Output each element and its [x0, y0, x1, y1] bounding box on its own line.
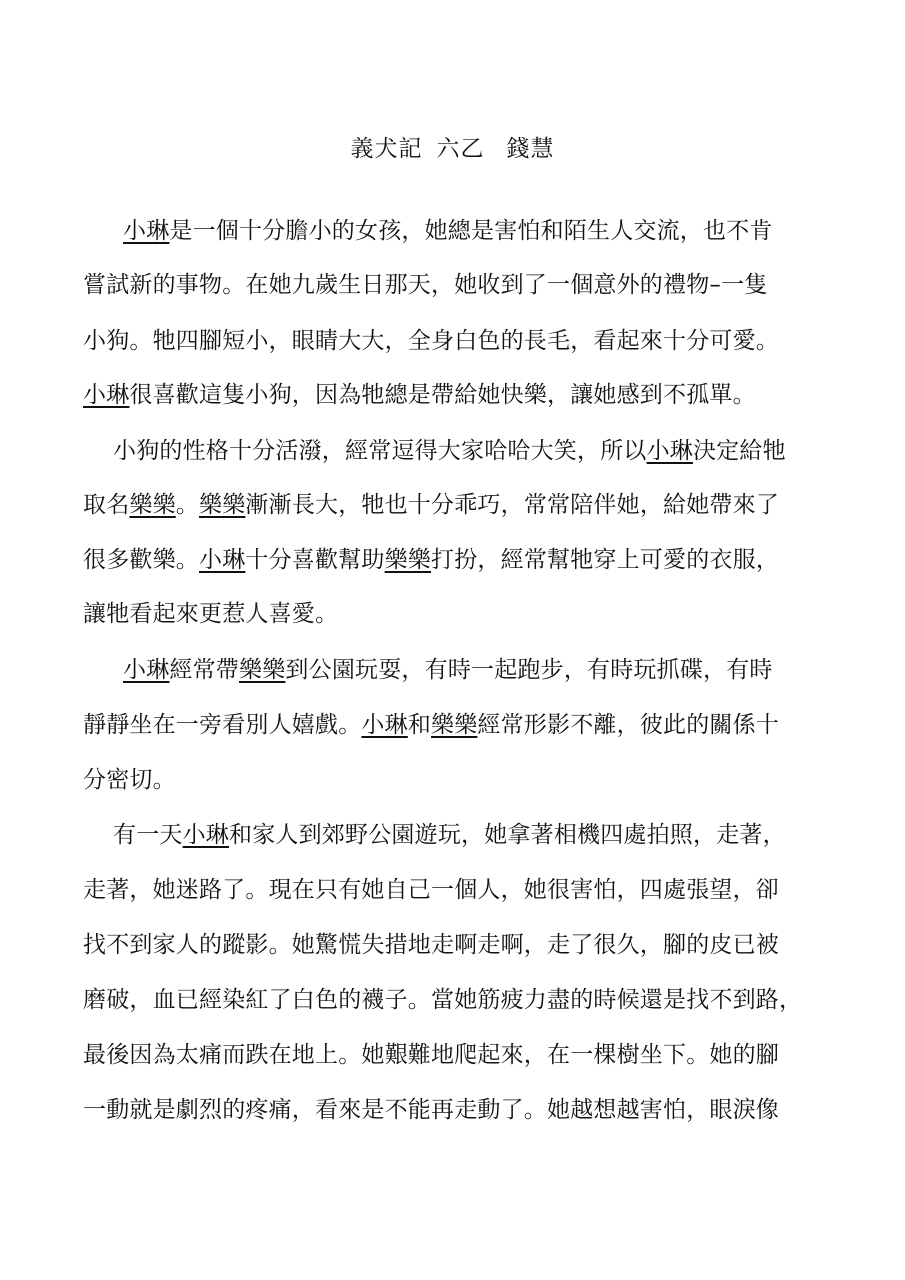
document-title: 義犬記六乙錢慧: [0, 132, 905, 166]
underlined-name: 樂樂: [129, 492, 175, 518]
text-line: 很多歡樂。小琳十分喜歡幫助樂樂打扮，經常幫牠穿上可愛的衣服，: [83, 543, 779, 577]
text-line: 小琳很喜歡這隻小狗，因為牠總是帶給她快樂，讓她感到不孤單。: [83, 378, 756, 412]
text-line: 磨破，血已經染紅了白色的襪子。當她筋疲力盡的時候還是找不到路，: [83, 983, 802, 1017]
text-segment: 小狗的性格十分活潑，經常逗得大家哈哈大笑，所以: [113, 438, 647, 464]
text-line: 靜靜坐在一旁看別人嬉戲。小琳和樂樂經常形影不離，彼此的關係十: [83, 708, 779, 742]
text-segment: 打扮，經常幫牠穿上可愛的衣服，: [431, 547, 779, 573]
text-segment: 小狗。牠四腳短小，眼睛大大，全身白色的長毛，看起來十分可愛。: [83, 328, 779, 354]
text-segment: 嘗試新的事物。在她九歲生日那天，她收到了一個意外的禮物–一隻: [83, 272, 768, 298]
text-segment: 漸漸長大，牠也十分乖巧，常常陪伴她，給她帶來了: [245, 492, 779, 518]
text-segment: 有一天: [113, 822, 183, 848]
text-line: 最後因為太痛而跌在地上。她艱難地爬起來，在一棵樹坐下。她的腳: [83, 1038, 779, 1072]
underlined-name: 小琳: [361, 712, 407, 738]
text-segment: 一動就是劇烈的疼痛，看來是不能再走動了。她越想越害怕，眼淚像: [83, 1097, 779, 1123]
text-line: 取名樂樂。樂樂漸漸長大，牠也十分乖巧，常常陪伴她，給她帶來了: [83, 488, 779, 522]
text-line: 小狗。牠四腳短小，眼睛大大，全身白色的長毛，看起來十分可愛。: [83, 324, 779, 358]
author-name: 錢慧: [507, 132, 555, 166]
text-line: 找不到家人的蹤影。她驚慌失措地走啊走啊，走了很久，腳的皮已被: [83, 928, 779, 962]
text-line: 分密切。: [83, 763, 176, 797]
text-line: 小琳經常帶樂樂到公園玩耍，有時一起跑步，有時玩抓碟，有時: [123, 653, 773, 687]
text-segment: 磨破，血已經染紅了白色的襪子。當她筋疲力盡的時候還是找不到路，: [83, 987, 802, 1013]
text-segment: 和家人到郊野公園遊玩，她拿著相機四處拍照，走著，: [229, 822, 786, 848]
text-line: 小狗的性格十分活潑，經常逗得大家哈哈大笑，所以小琳決定給牠: [113, 434, 786, 468]
underlined-name: 小琳: [123, 218, 169, 244]
text-segment: 和: [408, 712, 431, 738]
text-segment: 是一個十分膽小的女孩，她總是害怕和陌生人交流，也不肯: [169, 218, 772, 244]
text-segment: 分密切。: [83, 767, 176, 793]
class-label: 六乙: [437, 132, 485, 166]
text-line: 嘗試新的事物。在她九歲生日那天，她收到了一個意外的禮物–一隻: [83, 268, 768, 302]
underlined-name: 小琳: [647, 438, 693, 464]
underlined-name: 樂樂: [239, 657, 285, 683]
document-page: 義犬記六乙錢慧 小琳是一個十分膽小的女孩，她總是害怕和陌生人交流，也不肯嘗試新的…: [0, 0, 905, 1280]
underlined-name: 小琳: [183, 822, 229, 848]
text-line: 讓牠看起來更惹人喜愛。: [83, 597, 338, 631]
text-segment: 到公園玩耍，有時一起跑步，有時玩抓碟，有時: [285, 657, 772, 683]
text-segment: 經常形影不離，彼此的關係十: [477, 712, 779, 738]
text-segment: 很多歡樂。: [83, 547, 199, 573]
text-segment: 找不到家人的蹤影。她驚慌失措地走啊走啊，走了很久，腳的皮已被: [83, 932, 779, 958]
text-segment: 取名: [83, 492, 129, 518]
text-segment: 。: [176, 492, 199, 518]
text-line: 一動就是劇烈的疼痛，看來是不能再走動了。她越想越害怕，眼淚像: [83, 1093, 779, 1127]
text-segment: 十分喜歡幫助: [245, 547, 384, 573]
text-line: 走著，她迷路了。現在只有她自己一個人，她很害怕，四處張望，卻: [83, 873, 779, 907]
essay-title: 義犬記: [351, 132, 423, 166]
underlined-name: 小琳: [83, 382, 129, 408]
text-segment: 經常帶: [169, 657, 239, 683]
text-segment: 決定給牠: [693, 438, 786, 464]
underlined-name: 樂樂: [199, 492, 245, 518]
underlined-name: 小琳: [123, 657, 169, 683]
text-segment: 走著，她迷路了。現在只有她自己一個人，她很害怕，四處張望，卻: [83, 877, 779, 903]
text-segment: 最後因為太痛而跌在地上。她艱難地爬起來，在一棵樹坐下。她的腳: [83, 1042, 779, 1068]
text-segment: 很喜歡這隻小狗，因為牠總是帶給她快樂，讓她感到不孤單。: [129, 382, 755, 408]
text-line: 小琳是一個十分膽小的女孩，她總是害怕和陌生人交流，也不肯: [123, 214, 773, 248]
underlined-name: 樂樂: [431, 712, 477, 738]
text-segment: 靜靜坐在一旁看別人嬉戲。: [83, 712, 361, 738]
underlined-name: 樂樂: [385, 547, 431, 573]
text-segment: 讓牠看起來更惹人喜愛。: [83, 601, 338, 627]
underlined-name: 小琳: [199, 547, 245, 573]
text-line: 有一天小琳和家人到郊野公園遊玩，她拿著相機四處拍照，走著，: [113, 818, 786, 852]
